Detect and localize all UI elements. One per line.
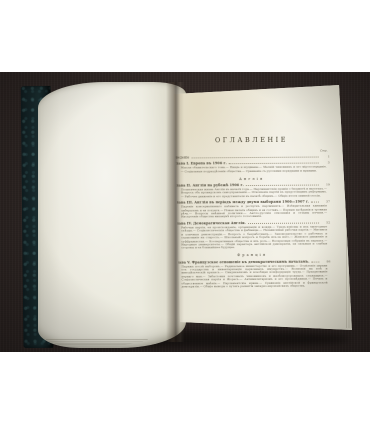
photo-of-open-book: ОГЛАВЛЕНІЕ Стр. Введеніе1Глава I. Европа…	[0, 0, 370, 423]
photo-background: ОГЛАВЛЕНІЕ Стр. Введеніе1Глава I. Европа…	[0, 72, 370, 352]
photo-vignette	[0, 72, 370, 352]
